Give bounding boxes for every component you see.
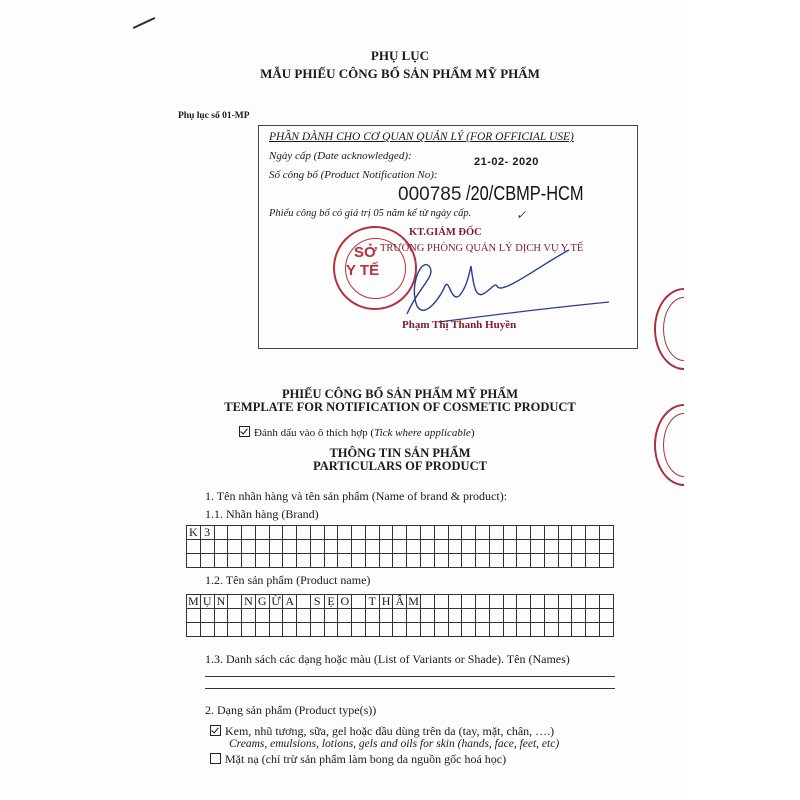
grid-cell[interactable]	[572, 540, 586, 554]
grid-cell[interactable]	[531, 554, 545, 568]
grid-cell[interactable]: Ụ	[200, 595, 214, 609]
grid-cell[interactable]: N	[214, 595, 228, 609]
grid-cell[interactable]	[448, 609, 462, 623]
grid-cell[interactable]	[448, 540, 462, 554]
grid-cell[interactable]	[503, 623, 517, 637]
grid-cell[interactable]	[310, 623, 324, 637]
grid-cell[interactable]	[476, 554, 490, 568]
grid-cell[interactable]	[544, 623, 558, 637]
grid-cell[interactable]	[242, 609, 256, 623]
grid-cell[interactable]	[214, 526, 228, 540]
grid-cell[interactable]	[517, 609, 531, 623]
grid-cell[interactable]	[434, 609, 448, 623]
grid-cell[interactable]	[379, 623, 393, 637]
scan-margin-cover	[684, 0, 800, 800]
grid-cell[interactable]	[407, 526, 421, 540]
grid-cell[interactable]	[214, 554, 228, 568]
variants-line-1[interactable]	[205, 676, 615, 677]
grid-cell[interactable]	[421, 595, 435, 609]
grid-cell[interactable]	[489, 540, 503, 554]
grid-cell[interactable]	[434, 526, 448, 540]
grid-cell[interactable]	[379, 554, 393, 568]
grid-cell[interactable]	[448, 623, 462, 637]
grid-cell[interactable]	[599, 540, 613, 554]
grid-cell[interactable]	[255, 526, 269, 540]
grid-cell[interactable]	[462, 540, 476, 554]
product-type-creams-en: Creams, emulsions, lotions, gels and oil…	[229, 738, 559, 750]
grid-cell[interactable]	[338, 526, 352, 540]
grid-cell[interactable]	[462, 554, 476, 568]
grid-cell[interactable]	[352, 623, 366, 637]
grid-cell[interactable]	[434, 595, 448, 609]
tick-note-vi: Đánh dấu vào ô thích hợp	[254, 427, 368, 439]
grid-cell[interactable]	[599, 526, 613, 540]
grid-cell[interactable]	[407, 609, 421, 623]
grid-cell[interactable]	[558, 554, 572, 568]
grid-cell[interactable]	[187, 623, 201, 637]
appendix-number: Phụ lục số 01-MP	[178, 111, 250, 121]
tick-note: Đánh dấu vào ô thích hợp (Tick where app…	[239, 426, 475, 439]
grid-cell[interactable]	[572, 595, 586, 609]
notification-number: 000785	[398, 184, 461, 206]
grid-cell[interactable]	[462, 609, 476, 623]
question-1-2-label: 1.2. Tên sản phẩm (Product name)	[205, 573, 370, 588]
grid-cell[interactable]	[448, 526, 462, 540]
grid-cell[interactable]	[544, 554, 558, 568]
grid-cell[interactable]	[544, 526, 558, 540]
grid-cell[interactable]	[200, 540, 214, 554]
grid-cell[interactable]	[379, 526, 393, 540]
grid-cell[interactable]	[200, 609, 214, 623]
grid-cell[interactable]	[489, 554, 503, 568]
grid-cell[interactable]	[324, 540, 338, 554]
grid-cell[interactable]	[489, 623, 503, 637]
grid-cell[interactable]	[421, 554, 435, 568]
grid-cell[interactable]	[462, 595, 476, 609]
grid-cell[interactable]	[517, 554, 531, 568]
checkbox-creams[interactable]	[210, 725, 221, 736]
grid-cell[interactable]	[476, 623, 490, 637]
grid-cell[interactable]	[310, 526, 324, 540]
grid-cell[interactable]	[599, 554, 613, 568]
grid-cell[interactable]	[544, 540, 558, 554]
grid-cell[interactable]: O	[338, 595, 352, 609]
grid-cell[interactable]	[531, 609, 545, 623]
grid-cell[interactable]: M	[187, 595, 201, 609]
grid-cell[interactable]	[297, 554, 311, 568]
grid-cell[interactable]	[517, 540, 531, 554]
brand-grid[interactable]: K3	[186, 525, 614, 568]
grid-cell[interactable]	[434, 623, 448, 637]
grid-cell[interactable]	[255, 623, 269, 637]
grid-cell[interactable]	[297, 540, 311, 554]
grid-cell[interactable]	[558, 623, 572, 637]
grid-cell[interactable]	[379, 540, 393, 554]
grid-cell[interactable]	[462, 623, 476, 637]
grid-cell[interactable]: A	[283, 595, 297, 609]
grid-cell[interactable]	[214, 623, 228, 637]
grid-cell[interactable]	[200, 623, 214, 637]
grid-cell[interactable]	[255, 554, 269, 568]
signatory-title: KT.GIÁM ĐỐC	[409, 227, 482, 238]
grid-cell[interactable]	[324, 526, 338, 540]
grid-cell[interactable]	[365, 540, 379, 554]
grid-cell[interactable]: 3	[200, 526, 214, 540]
grid-cell[interactable]	[187, 609, 201, 623]
grid-cell[interactable]	[228, 526, 242, 540]
grid-cell[interactable]	[572, 609, 586, 623]
grid-cell[interactable]: M	[407, 595, 421, 609]
grid-cell[interactable]	[476, 595, 490, 609]
grid-cell[interactable]	[324, 623, 338, 637]
grid-cell[interactable]	[531, 540, 545, 554]
grid-cell[interactable]	[544, 609, 558, 623]
checkbox-masks[interactable]	[210, 753, 221, 764]
grid-cell[interactable]	[586, 623, 600, 637]
grid-cell[interactable]	[558, 595, 572, 609]
official-use-box: PHẦN DÀNH CHO CƠ QUAN QUẢN LÝ (FOR OFFIC…	[258, 125, 638, 349]
tick-note-en: Tick where applicable	[374, 427, 471, 439]
grid-cell[interactable]	[572, 623, 586, 637]
grid-cell[interactable]	[352, 609, 366, 623]
official-use-heading: PHẦN DÀNH CHO CƠ QUAN QUẢN LÝ (FOR OFFIC…	[269, 131, 574, 143]
grid-cell[interactable]	[599, 623, 613, 637]
grid-cell[interactable]	[269, 526, 283, 540]
document-page: PHỤ LỤC MẪU PHIẾU CÔNG BỐ SẢN PHẨM MỸ PH…	[0, 0, 684, 800]
grid-cell[interactable]	[448, 554, 462, 568]
grid-cell[interactable]	[338, 540, 352, 554]
stamp-text-line1: SỞ	[354, 244, 377, 261]
grid-cell[interactable]	[517, 526, 531, 540]
grid-cell[interactable]	[503, 554, 517, 568]
grid-cell[interactable]	[214, 609, 228, 623]
grid-cell[interactable]	[338, 554, 352, 568]
grid-cell[interactable]	[407, 623, 421, 637]
grid-cell[interactable]	[517, 595, 531, 609]
grid-cell[interactable]	[572, 554, 586, 568]
grid-cell[interactable]	[503, 526, 517, 540]
grid-cell[interactable]	[421, 540, 435, 554]
initial-mark: ✓	[516, 208, 526, 223]
product-type-creams-label: Kem, nhũ tương, sữa, gel hoặc dầu dùng t…	[225, 724, 554, 738]
grid-cell[interactable]	[586, 540, 600, 554]
grid-cell[interactable]	[269, 554, 283, 568]
question-1-1-label: 1.1. Nhãn hàng (Brand)	[205, 507, 319, 522]
grid-cell[interactable]	[297, 609, 311, 623]
date-acknowledged-label: Ngày cấp (Date acknowledged):	[269, 150, 412, 162]
variants-line-2[interactable]	[205, 688, 615, 689]
grid-cell[interactable]	[531, 623, 545, 637]
grid-cell[interactable]	[365, 609, 379, 623]
grid-cell[interactable]	[434, 540, 448, 554]
grid-cell[interactable]	[476, 540, 490, 554]
grid-cell[interactable]	[586, 595, 600, 609]
grid-cell[interactable]	[365, 623, 379, 637]
grid-cell[interactable]	[379, 609, 393, 623]
grid-cell[interactable]: S	[310, 595, 324, 609]
grid-cell[interactable]	[365, 526, 379, 540]
grid-cell[interactable]	[352, 540, 366, 554]
grid-cell[interactable]	[242, 623, 256, 637]
grid-cell[interactable]	[586, 554, 600, 568]
grid-cell[interactable]	[297, 623, 311, 637]
grid-cell[interactable]	[187, 554, 201, 568]
grid-cell[interactable]	[421, 609, 435, 623]
grid-cell[interactable]	[310, 609, 324, 623]
grid-cell[interactable]	[297, 526, 311, 540]
grid-cell[interactable]: K	[187, 526, 201, 540]
grid-cell[interactable]	[407, 554, 421, 568]
grid-cell[interactable]	[269, 623, 283, 637]
grid-cell[interactable]	[310, 554, 324, 568]
grid-cell[interactable]	[462, 526, 476, 540]
grid-cell[interactable]	[228, 623, 242, 637]
grid-cell[interactable]: Â	[393, 595, 407, 609]
product-type-masks-label: Mặt nạ (chỉ trừ sản phẩm làm bong da ngu…	[225, 752, 506, 766]
validity-note: Phiếu công bố có giá trị 05 năm kể từ ng…	[269, 208, 471, 219]
grid-cell[interactable]	[393, 526, 407, 540]
grid-cell[interactable]	[407, 540, 421, 554]
grid-cell[interactable]	[503, 609, 517, 623]
grid-cell[interactable]: N	[242, 595, 256, 609]
grid-cell[interactable]	[421, 623, 435, 637]
grid-cell[interactable]	[283, 609, 297, 623]
grid-cell[interactable]	[558, 609, 572, 623]
grid-cell[interactable]	[393, 554, 407, 568]
grid-cell[interactable]	[228, 540, 242, 554]
grid-cell[interactable]	[283, 623, 297, 637]
grid-cell[interactable]: H	[379, 595, 393, 609]
grid-cell[interactable]	[365, 554, 379, 568]
grid-cell[interactable]	[393, 540, 407, 554]
grid-cell[interactable]	[489, 526, 503, 540]
grid-cell[interactable]	[503, 540, 517, 554]
grid-cell[interactable]	[338, 609, 352, 623]
grid-cell[interactable]	[476, 526, 490, 540]
grid-cell[interactable]: Ẹ	[324, 595, 338, 609]
grid-cell[interactable]	[393, 609, 407, 623]
grid-cell[interactable]	[338, 623, 352, 637]
grid-cell[interactable]	[228, 595, 242, 609]
grid-cell[interactable]	[489, 595, 503, 609]
grid-cell[interactable]	[352, 526, 366, 540]
grid-cell[interactable]	[434, 554, 448, 568]
question-1-3-label: 1.3. Danh sách các dạng hoặc màu (List o…	[205, 652, 570, 667]
grid-cell[interactable]	[586, 526, 600, 540]
grid-cell[interactable]	[517, 623, 531, 637]
grid-cell[interactable]	[310, 540, 324, 554]
date-acknowledged-value: 21-02- 2020	[474, 156, 539, 168]
grid-cell[interactable]	[297, 595, 311, 609]
signatory-name: Phạm Thị Thanh Huyền	[402, 319, 516, 331]
grid-cell[interactable]	[544, 595, 558, 609]
grid-cell[interactable]	[352, 554, 366, 568]
grid-cell[interactable]	[448, 595, 462, 609]
grid-cell[interactable]	[324, 554, 338, 568]
grid-cell[interactable]	[269, 540, 283, 554]
product-type-masks[interactable]: Mặt nạ (chỉ trừ sản phẩm làm bong da ngu…	[210, 752, 506, 767]
grid-cell[interactable]	[242, 540, 256, 554]
grid-cell[interactable]	[599, 609, 613, 623]
grid-cell[interactable]	[255, 540, 269, 554]
grid-cell[interactable]	[324, 609, 338, 623]
grid-cell[interactable]	[531, 526, 545, 540]
grid-cell[interactable]	[255, 609, 269, 623]
grid-cell[interactable]	[489, 609, 503, 623]
grid-cell[interactable]	[586, 609, 600, 623]
checked-box-icon	[239, 426, 250, 437]
appendix-title: PHỤ LỤC	[0, 48, 800, 64]
grid-cell[interactable]	[283, 526, 297, 540]
grid-cell[interactable]	[572, 526, 586, 540]
grid-cell[interactable]: Ừ	[269, 595, 283, 609]
grid-cell[interactable]	[599, 595, 613, 609]
question-2-label: 2. Dạng sản phẩm (Product type(s))	[205, 703, 376, 718]
grid-cell[interactable]	[187, 540, 201, 554]
grid-cell[interactable]	[214, 540, 228, 554]
grid-cell[interactable]	[421, 526, 435, 540]
stamp-text-line2: Y TẾ	[346, 262, 379, 279]
grid-cell[interactable]	[558, 540, 572, 554]
grid-cell[interactable]	[228, 554, 242, 568]
grid-cell[interactable]	[283, 554, 297, 568]
grid-cell[interactable]	[352, 595, 366, 609]
grid-cell[interactable]	[558, 526, 572, 540]
product-type-creams[interactable]: Kem, nhũ tương, sữa, gel hoặc dầu dùng t…	[210, 724, 554, 739]
appendix-subtitle: MẪU PHIẾU CÔNG BỐ SẢN PHẨM MỸ PHẨM	[0, 66, 800, 82]
grid-cell[interactable]	[283, 540, 297, 554]
grid-cell[interactable]	[503, 595, 517, 609]
grid-cell[interactable]	[531, 595, 545, 609]
grid-cell[interactable]: G	[255, 595, 269, 609]
question-1-label: 1. Tên nhãn hàng và tên sản phẩm (Name o…	[205, 489, 507, 504]
signature-icon	[379, 246, 619, 326]
grid-cell[interactable]	[200, 554, 214, 568]
grid-cell[interactable]	[393, 623, 407, 637]
grid-cell[interactable]	[269, 609, 283, 623]
grid-cell[interactable]	[228, 609, 242, 623]
pen-mark	[133, 17, 156, 29]
grid-cell[interactable]	[242, 554, 256, 568]
product-name-grid[interactable]: MỤNNGỪASẸOTHÂM	[186, 594, 614, 637]
grid-cell[interactable]	[242, 526, 256, 540]
grid-cell[interactable]	[476, 609, 490, 623]
grid-cell[interactable]: T	[365, 595, 379, 609]
notification-suffix: /20/CBMP-HCM	[466, 183, 584, 206]
notification-no-label: Số công bố (Product Notification No):	[269, 169, 438, 181]
